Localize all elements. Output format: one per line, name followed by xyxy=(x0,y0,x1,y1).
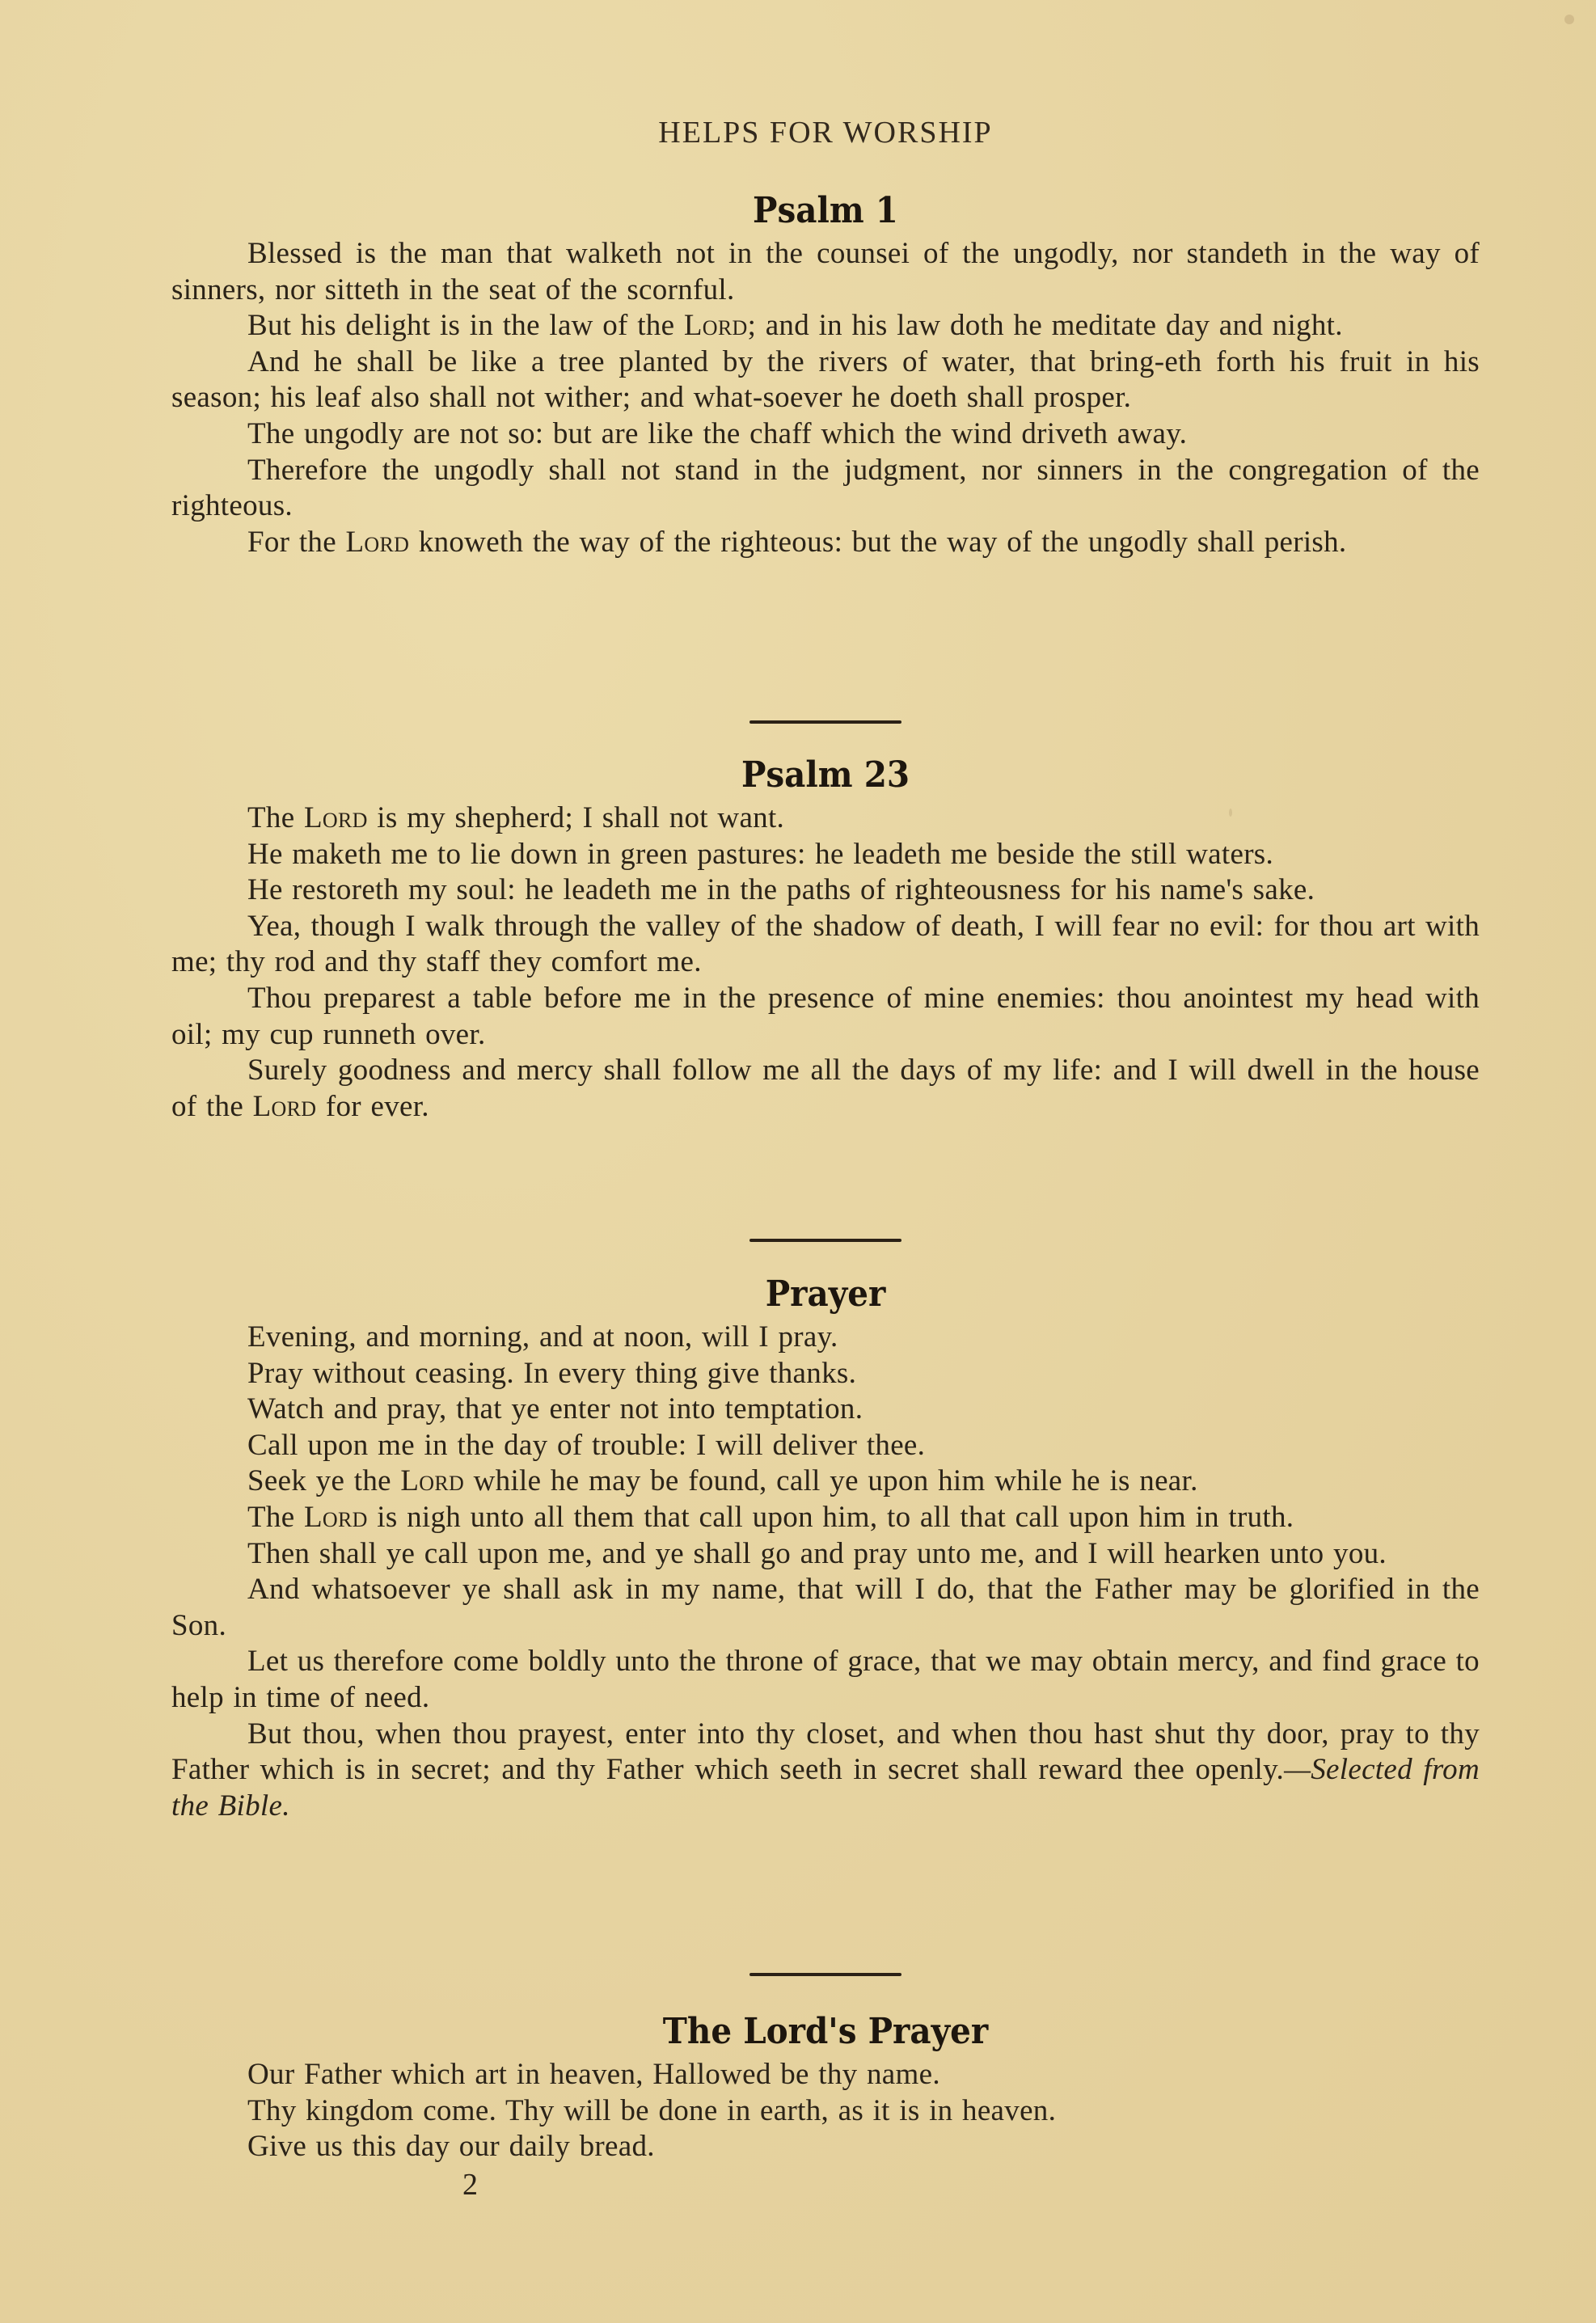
verse: But his delight is in the law of the Lor… xyxy=(171,308,1480,344)
paper-speck xyxy=(1229,809,1232,817)
verse: Give us this day our daily bread. xyxy=(171,2129,1480,2165)
lord-small-caps: Lord xyxy=(304,1501,368,1534)
section-divider xyxy=(749,1239,901,1242)
lord-small-caps: Lord xyxy=(346,526,410,559)
page-number: 2 xyxy=(462,2167,478,2203)
section-psalm-1: Psalm 1 Blessed is the man that walketh … xyxy=(171,188,1480,560)
verse: Thou preparest a table before me in the … xyxy=(171,981,1480,1053)
section-prayer: Prayer Evening, and morning, and at noon… xyxy=(171,1271,1480,1824)
verse: Yea, though I walk through the valley of… xyxy=(171,909,1480,981)
verse: He restoreth my soul: he leadeth me in t… xyxy=(171,872,1480,909)
verse: He maketh me to lie down in green pastur… xyxy=(171,837,1480,873)
verse: The Lord is nigh unto all them that call… xyxy=(171,1500,1480,1536)
verse: Evening, and morning, and at noon, will … xyxy=(171,1320,1480,1356)
verse: Call upon me in the day of trouble: I wi… xyxy=(171,1428,1480,1464)
verse: The Lord is my shepherd; I shall not wan… xyxy=(171,800,1480,837)
verse: And whatsoever ye shall ask in my name, … xyxy=(171,1572,1480,1644)
verse: For the Lord knoweth the way of the righ… xyxy=(171,525,1480,561)
verse: Thy kingdom come. Thy will be done in ea… xyxy=(171,2093,1480,2130)
section-title: Psalm 1 xyxy=(224,188,1428,234)
verse: Seek ye the Lord while he may be found, … xyxy=(171,1463,1480,1500)
verse: Surely goodness and mercy shall follow m… xyxy=(171,1053,1480,1125)
verse: Our Father which art in heaven, Hallowed… xyxy=(171,2057,1480,2093)
paper-speck xyxy=(1564,15,1574,24)
lord-small-caps: Lord xyxy=(400,1464,464,1497)
section-title: Psalm 23 xyxy=(224,752,1428,799)
lord-small-caps: Lord xyxy=(304,801,368,834)
verse-with-attribution: But thou, when thou prayest, enter into … xyxy=(171,1717,1480,1825)
running-head: HELPS FOR WORSHIP xyxy=(171,115,1480,150)
section-psalm-23: Psalm 23 The Lord is my shepherd; I shal… xyxy=(171,752,1480,1125)
verse: And he shall be like a tree planted by t… xyxy=(171,344,1480,416)
verse: Watch and pray, that ye enter not into t… xyxy=(171,1392,1480,1428)
verse: Pray without ceasing. In every thing giv… xyxy=(171,1356,1480,1392)
verse: Blessed is the man that walketh not in t… xyxy=(171,236,1480,308)
verse: The ungodly are not so: but are like the… xyxy=(171,416,1480,453)
section-divider xyxy=(749,720,901,724)
section-divider xyxy=(749,1973,901,1976)
section-title: Prayer xyxy=(224,1271,1428,1318)
verse: Therefore the ungodly shall not stand in… xyxy=(171,453,1480,525)
lord-small-caps: Lord xyxy=(253,1090,317,1123)
section-title: The Lord's Prayer xyxy=(224,2008,1428,2055)
lord-small-caps: Lord xyxy=(684,309,748,342)
verse: Then shall ye call upon me, and ye shall… xyxy=(171,1536,1480,1573)
verse: Let us therefore come boldly unto the th… xyxy=(171,1644,1480,1716)
section-lords-prayer: The Lord's Prayer Our Father which art i… xyxy=(171,2008,1480,2165)
